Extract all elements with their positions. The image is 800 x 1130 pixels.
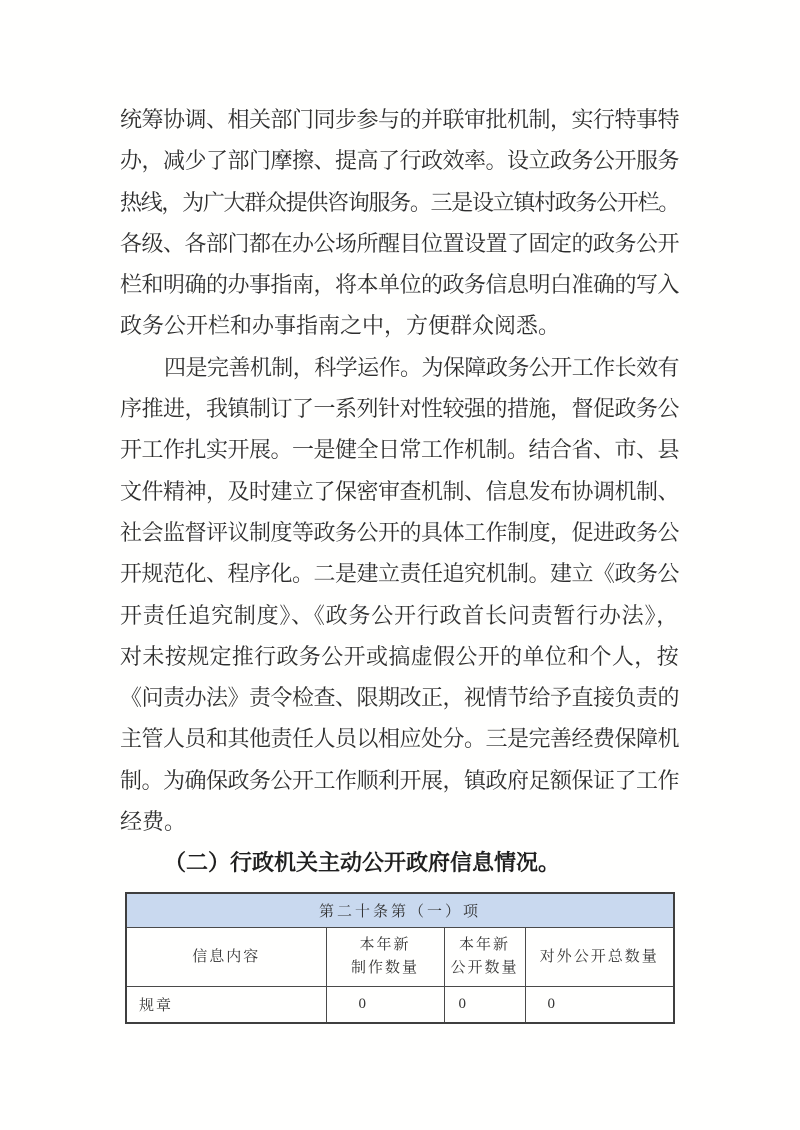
text-line: 各级、各部门都在办公场所醒目位置设置了固定的政务公开 xyxy=(120,223,679,264)
text-line: 主管人员和其他责任人员以相应处分。三是完善经费保障机 xyxy=(120,718,679,759)
table-cell: 规章 xyxy=(126,987,326,1024)
text-line: 《问责办法》责令检查、限期改正，视情节给予直接负责的 xyxy=(120,677,679,718)
section-heading: （二）行政机关主动公开政府信息情况。 xyxy=(120,842,679,883)
text-line: 经费。 xyxy=(120,801,679,842)
text-line: 文件精神，及时建立了保密审查机制、信息发布协调机制、 xyxy=(120,471,679,512)
table-cell: 0 xyxy=(444,987,525,1024)
info-disclosure-table: 第二十条第（一）项 信息内容本年新 制作数量本年新 公开数量对外公开总数量 规章… xyxy=(125,892,675,1024)
table-title: 第二十条第（一）项 xyxy=(126,893,674,928)
document-page: 统筹协调、相关部门同步参与的并联审批机制，实行特事特办，减少了部门摩擦、提高了行… xyxy=(0,0,800,1130)
text-line: 热线，为广大群众提供咨询服务。三是设立镇村政务公开栏。 xyxy=(120,182,679,223)
table-header-row: 信息内容本年新 制作数量本年新 公开数量对外公开总数量 xyxy=(126,928,674,987)
column-header: 本年新 公开数量 xyxy=(444,928,525,987)
text-line: 开工作扎实开展。一是健全日常工作机制。结合省、市、县 xyxy=(120,429,679,470)
table-cell: 0 xyxy=(326,987,444,1024)
text-line: 政务公开栏和办事指南之中，方便群众阅悉。 xyxy=(120,305,679,346)
text-line: 社会监督评议制度等政务公开的具体工作制度，促进政务公 xyxy=(120,512,679,553)
column-header: 本年新 制作数量 xyxy=(326,928,444,987)
table-cell: 0 xyxy=(525,987,674,1024)
column-header: 信息内容 xyxy=(126,928,326,987)
text-line: 开规范化、程序化。二是建立责任追究机制。建立《政务公 xyxy=(120,553,679,594)
document-text: 统筹协调、相关部门同步参与的并联审批机制，实行特事特办，减少了部门摩擦、提高了行… xyxy=(120,99,679,884)
text-line: 开责任追究制度》、《政务公开行政首长问责暂行办法》， xyxy=(120,595,679,636)
table-row: 规章000 xyxy=(126,987,674,1024)
table-title-row: 第二十条第（一）项 xyxy=(126,893,674,928)
text-line: 制。为确保政务公开工作顺利开展，镇政府足额保证了工作 xyxy=(120,760,679,801)
text-line: 对未按规定推行政务公开或搞虚假公开的单位和个人，按 xyxy=(120,636,679,677)
text-line: 四是完善机制，科学运作。为保障政务公开工作长效有 xyxy=(120,347,679,388)
paragraph: 统筹协调、相关部门同步参与的并联审批机制，实行特事特办，减少了部门摩擦、提高了行… xyxy=(120,99,679,347)
column-header: 对外公开总数量 xyxy=(525,928,674,987)
text-line: 栏和明确的办事指南，将本单位的政务信息明白准确的写入 xyxy=(120,264,679,305)
text-line: 办，减少了部门摩擦、提高了行政效率。设立政务公开服务 xyxy=(120,140,679,181)
paragraph: 四是完善机制，科学运作。为保障政务公开工作长效有序推进，我镇制订了一系列针对性较… xyxy=(120,347,679,843)
text-line: 序推进，我镇制订了一系列针对性较强的措施，督促政务公 xyxy=(120,388,679,429)
text-line: 统筹协调、相关部门同步参与的并联审批机制，实行特事特 xyxy=(120,99,679,140)
